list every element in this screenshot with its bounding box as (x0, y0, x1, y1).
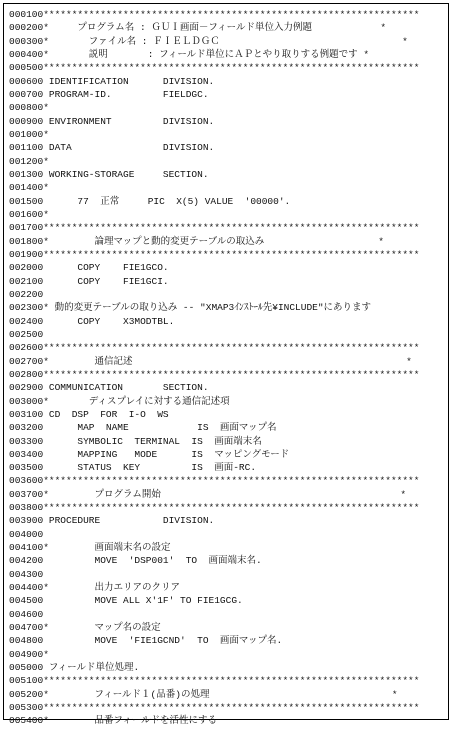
code-line: 003800**********************************… (9, 501, 419, 514)
line-sequence-number: 003300 (9, 435, 43, 448)
line-source-text: PROGRAM-ID. FIELDGC. (43, 89, 208, 100)
code-line: 001400* (9, 181, 419, 194)
line-sequence-number: 001800 (9, 235, 43, 248)
code-line: 000400* 説明 : フィールド単位にＡＰとやり取りする例題です * (9, 48, 419, 61)
line-source-text: IDENTIFICATION DIVISION. (43, 76, 214, 87)
line-sequence-number: 001500 (9, 195, 43, 208)
code-line: 001000* (9, 128, 419, 141)
line-source-text: * 出力エリアのクリア (43, 582, 180, 593)
line-source-text: * 説明 : フィールド単位にＡＰとやり取りする例題です * (43, 49, 369, 60)
line-sequence-number: 001100 (9, 141, 43, 154)
code-line: 005100**********************************… (9, 674, 419, 687)
code-line: 002000 COPY FIE1GCO. (9, 261, 419, 274)
line-source-text: COPY FIE1GCI. (43, 276, 168, 287)
line-sequence-number: 001000 (9, 128, 43, 141)
code-line: 005000 フィールド単位処理. (9, 661, 419, 674)
code-line: 002500 (9, 328, 419, 341)
line-source-text: 77 正常 PIC X(5) VALUE '00000'. (43, 196, 290, 207)
code-line: 003200 MAP NAME IS 画面マップ名 (9, 421, 419, 434)
code-line: 003900 PROCEDURE DIVISION. (9, 514, 419, 527)
code-line: 002700* 通信記述 * (9, 355, 419, 368)
code-line: 004300 (9, 568, 419, 581)
code-line: 005300**********************************… (9, 701, 419, 714)
line-sequence-number: 004700 (9, 621, 43, 634)
line-source-text: * 通信記述 * (43, 356, 412, 367)
code-line: 001700**********************************… (9, 221, 419, 234)
line-source-text: COPY X3MODTBL. (43, 316, 174, 327)
line-sequence-number: 002000 (9, 261, 43, 274)
line-source-text: * プログラム開始 * (43, 489, 406, 500)
line-sequence-number: 005000 (9, 661, 43, 674)
code-line: 000100**********************************… (9, 8, 419, 21)
line-source-text: ****************************************… (43, 9, 419, 20)
code-line: 001600* (9, 208, 419, 221)
line-sequence-number: 000500 (9, 61, 43, 74)
line-source-text: * 論理マップと動的変更テーブルの取込み * (43, 236, 384, 247)
line-source-text: * (43, 156, 49, 167)
code-line: 000800* (9, 101, 419, 114)
code-line: 000900 ENVIRONMENT DIVISION. (9, 115, 419, 128)
source-listing-box: 000100**********************************… (3, 3, 449, 720)
code-line: 002100 COPY FIE1GCI. (9, 275, 419, 288)
code-line: 003400 MAPPING MODE IS マッピングモード (9, 448, 419, 461)
line-source-text: ****************************************… (43, 675, 419, 686)
code-line: 000300* ファイル名 : ＦＩＥＬＤＧＣ * (9, 35, 419, 48)
code-line: 004100* 画面端末名の設定 (9, 541, 419, 554)
code-line: 004600 (9, 608, 419, 621)
line-source-text: ****************************************… (43, 222, 419, 233)
line-source-text: MAP NAME IS 画面マップ名 (43, 422, 276, 433)
code-line: 005200* フィールド１(品番)の処理 * (9, 688, 419, 701)
line-source-text: PROCEDURE DIVISION. (43, 515, 214, 526)
line-source-text: COMMUNICATION SECTION. (43, 382, 208, 393)
line-source-text: ****************************************… (43, 342, 419, 353)
line-source-text: * 動的変更テーブルの取り込み -- "XMAP3ｲﾝｽﾄｰﾙ先¥INCLUDE… (43, 302, 371, 313)
code-line: 002800**********************************… (9, 368, 419, 381)
line-sequence-number: 002500 (9, 328, 43, 341)
line-source-text: DATA DIVISION. (43, 142, 214, 153)
line-sequence-number: 004200 (9, 554, 43, 567)
code-line: 000600 IDENTIFICATION DIVISION. (9, 75, 419, 88)
line-sequence-number: 002900 (9, 381, 43, 394)
code-line: 005400* 品番フィールドを活性にする (9, 714, 419, 727)
code-line: 001500 77 正常 PIC X(5) VALUE '00000'. (9, 195, 419, 208)
line-sequence-number: 000900 (9, 115, 43, 128)
line-sequence-number: 003800 (9, 501, 43, 514)
line-source-text: WORKING-STORAGE SECTION. (43, 169, 208, 180)
line-sequence-number: 003500 (9, 461, 43, 474)
line-sequence-number: 001300 (9, 168, 43, 181)
code-line: 001900**********************************… (9, 248, 419, 261)
line-source-text: COPY FIE1GCO. (43, 262, 168, 273)
line-sequence-number: 001700 (9, 221, 43, 234)
code-line: 003500 STATUS KEY IS 画面-RC. (9, 461, 419, 474)
line-source-text: ****************************************… (43, 369, 419, 380)
code-line: 001300 WORKING-STORAGE SECTION. (9, 168, 419, 181)
line-sequence-number: 000600 (9, 75, 43, 88)
line-sequence-number: 002400 (9, 315, 43, 328)
code-line: 004400* 出力エリアのクリア (9, 581, 419, 594)
line-source-text: * ディスプレイに対する通信記述項 (43, 396, 230, 407)
line-sequence-number: 004600 (9, 608, 43, 621)
code-line: 003000* ディスプレイに対する通信記述項 (9, 395, 419, 408)
line-sequence-number: 000200 (9, 21, 43, 34)
line-sequence-number: 001400 (9, 181, 43, 194)
line-sequence-number: 005100 (9, 674, 43, 687)
line-sequence-number: 001600 (9, 208, 43, 221)
line-source-text: ****************************************… (43, 62, 419, 73)
code-line: 004900* (9, 648, 419, 661)
line-sequence-number: 002200 (9, 288, 43, 301)
line-source-text: SYMBOLIC TERMINAL IS 画面端末名 (43, 436, 262, 447)
line-sequence-number: 001200 (9, 155, 43, 168)
line-sequence-number: 002600 (9, 341, 43, 354)
line-source-text: * (43, 129, 49, 140)
line-source-text: ENVIRONMENT DIVISION. (43, 116, 214, 127)
line-source-text: ****************************************… (43, 702, 419, 713)
line-sequence-number: 002300 (9, 301, 43, 314)
line-source-text: MOVE 'FIE1GCND' TO 画面マップ名. (43, 635, 282, 646)
line-sequence-number: 004000 (9, 528, 43, 541)
code-line: 004000 (9, 528, 419, 541)
line-sequence-number: 003700 (9, 488, 43, 501)
line-sequence-number: 001900 (9, 248, 43, 261)
code-line: 004500 MOVE ALL X'1F' TO FIE1GCG. (9, 594, 419, 607)
line-sequence-number: 005400 (9, 714, 43, 727)
line-source-text: MOVE 'DSP001' TO 画面端末名. (43, 555, 262, 566)
line-source-text: * (43, 209, 49, 220)
line-source-text: * 画面端末名の設定 (43, 542, 170, 553)
code-line: 003700* プログラム開始 * (9, 488, 419, 501)
line-sequence-number: 000800 (9, 101, 43, 114)
line-sequence-number: 004300 (9, 568, 43, 581)
code-line: 004200 MOVE 'DSP001' TO 画面端末名. (9, 554, 419, 567)
line-source-text: * マップ名の設定 (43, 622, 160, 633)
code-line: 001100 DATA DIVISION. (9, 141, 419, 154)
code-line: 004800 MOVE 'FIE1GCND' TO 画面マップ名. (9, 634, 419, 647)
line-source-text: * 品番フィールドを活性にする (43, 715, 217, 726)
line-sequence-number: 003900 (9, 514, 43, 527)
line-sequence-number: 004800 (9, 634, 43, 647)
code-line: 004700* マップ名の設定 (9, 621, 419, 634)
line-source-text: * (43, 182, 49, 193)
line-sequence-number: 004400 (9, 581, 43, 594)
line-sequence-number: 005200 (9, 688, 43, 701)
code-line: 002900 COMMUNICATION SECTION. (9, 381, 419, 394)
line-sequence-number: 003200 (9, 421, 43, 434)
line-source-text: フィールド単位処理. (43, 662, 139, 673)
line-source-text: MAPPING MODE IS マッピングモード (43, 449, 289, 460)
line-sequence-number: 003600 (9, 474, 43, 487)
code-line: 000500**********************************… (9, 61, 419, 74)
line-source-text: * ファイル名 : ＦＩＥＬＤＧＣ * (43, 36, 408, 47)
line-source-text: STATUS KEY IS 画面-RC. (43, 462, 256, 473)
line-source-text: ****************************************… (43, 249, 419, 260)
code-line: 002300* 動的変更テーブルの取り込み -- "XMAP3ｲﾝｽﾄｰﾙ先¥I… (9, 301, 419, 314)
line-sequence-number: 003400 (9, 448, 43, 461)
line-sequence-number: 002100 (9, 275, 43, 288)
line-source-text: CD DSP FOR I-O WS (43, 409, 168, 420)
code-line: 000700 PROGRAM-ID. FIELDGC. (9, 88, 419, 101)
code-line: 002600**********************************… (9, 341, 419, 354)
line-sequence-number: 004500 (9, 594, 43, 607)
code-line: 002400 COPY X3MODTBL. (9, 315, 419, 328)
code-line: 001200* (9, 155, 419, 168)
line-sequence-number: 000300 (9, 35, 43, 48)
line-sequence-number: 000700 (9, 88, 43, 101)
code-line: 003300 SYMBOLIC TERMINAL IS 画面端末名 (9, 435, 419, 448)
line-sequence-number: 003100 (9, 408, 43, 421)
line-source-text: * プログラム名 : ＧＵＩ画面－フィールド単位入力例題 * (43, 22, 386, 33)
line-source-text: MOVE ALL X'1F' TO FIE1GCG. (43, 595, 243, 606)
line-source-text: ****************************************… (43, 475, 419, 486)
line-source-text: ****************************************… (43, 502, 419, 513)
code-line: 003100 CD DSP FOR I-O WS (9, 408, 419, 421)
line-sequence-number: 002700 (9, 355, 43, 368)
line-sequence-number: 003000 (9, 395, 43, 408)
code-line: 002200 (9, 288, 419, 301)
line-source-text: * (43, 102, 49, 113)
line-sequence-number: 000400 (9, 48, 43, 61)
line-sequence-number: 002800 (9, 368, 43, 381)
code-line: 000200* プログラム名 : ＧＵＩ画面－フィールド単位入力例題 * (9, 21, 419, 34)
line-sequence-number: 004900 (9, 648, 43, 661)
line-source-text: * (43, 649, 49, 660)
line-sequence-number: 004100 (9, 541, 43, 554)
source-listing: 000100**********************************… (9, 8, 419, 728)
line-sequence-number: 000100 (9, 8, 43, 21)
line-sequence-number: 005300 (9, 701, 43, 714)
code-line: 003600**********************************… (9, 474, 419, 487)
line-source-text: * フィールド１(品番)の処理 * (43, 689, 397, 700)
code-line: 001800* 論理マップと動的変更テーブルの取込み * (9, 235, 419, 248)
